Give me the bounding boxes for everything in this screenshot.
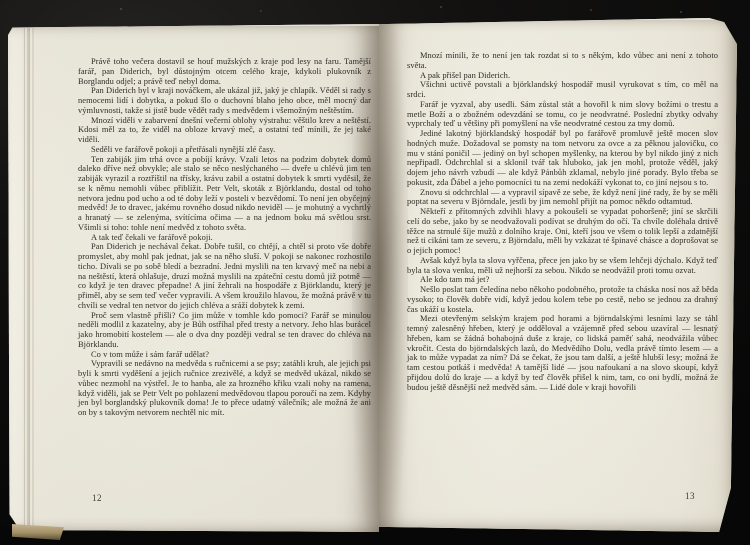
paragraph: Mezi otevřeným selským krajem pod horami… — [407, 314, 718, 392]
paragraph: Jediné lakotný björklandský hospodář byl… — [407, 129, 718, 188]
paragraph: Někteří z přítomných zdvihli hlavy a pok… — [407, 207, 718, 256]
left-page-number: 12 — [92, 493, 102, 503]
paragraph: Mnozí mínili, že to není jen tak rozdat … — [407, 51, 718, 71]
dust-specks — [120, 8, 122, 10]
paragraph: Znovu si odchrchlal — a vypravil sípavě … — [407, 188, 718, 208]
paragraph: Právě toho večera dostavil se houf mužsk… — [78, 57, 371, 86]
left-page-text: Právě toho večera dostavil se houf mužsk… — [78, 57, 371, 418]
left-page: Právě toho večera dostavil se houf mužsk… — [8, 24, 379, 532]
paragraph: Nešlo poslat tam čeledína nebo někoho po… — [407, 285, 718, 314]
paragraph: Avšak když byla ta slova vyřčena, přece … — [407, 256, 718, 276]
paragraph: Pan Diderich byl v kraji nováčkem, ale u… — [78, 86, 371, 115]
right-page-number: 13 — [685, 491, 695, 501]
photo-backdrop: Právě toho večera dostavil se houf mužsk… — [0, 0, 750, 545]
paragraph: Všichni uctivě povstali a björklandský h… — [407, 80, 718, 100]
paragraph: Proč sem vlastně přišli? Co jim může v t… — [78, 311, 371, 350]
paragraph: Vypravili se nedávno na medvěda s ručnic… — [78, 359, 371, 418]
right-page-text: Mnozí mínili, že to není jen tak rozdat … — [407, 51, 718, 392]
paragraph: Mnozí viděli v zabarvení dnešní večerní … — [78, 116, 371, 145]
paragraph: Ten zabiják jim trhá ovce a pobíjí krávy… — [78, 155, 371, 233]
paragraph: Farář je vyzval, aby usedli. Sám zůstal … — [407, 100, 718, 129]
paragraph: Pan Diderich je nechával čekat. Dobře tu… — [78, 242, 371, 310]
right-page: Mnozí mínili, že to není jen tak rozdat … — [379, 18, 737, 532]
fore-edge — [24, 28, 34, 526]
